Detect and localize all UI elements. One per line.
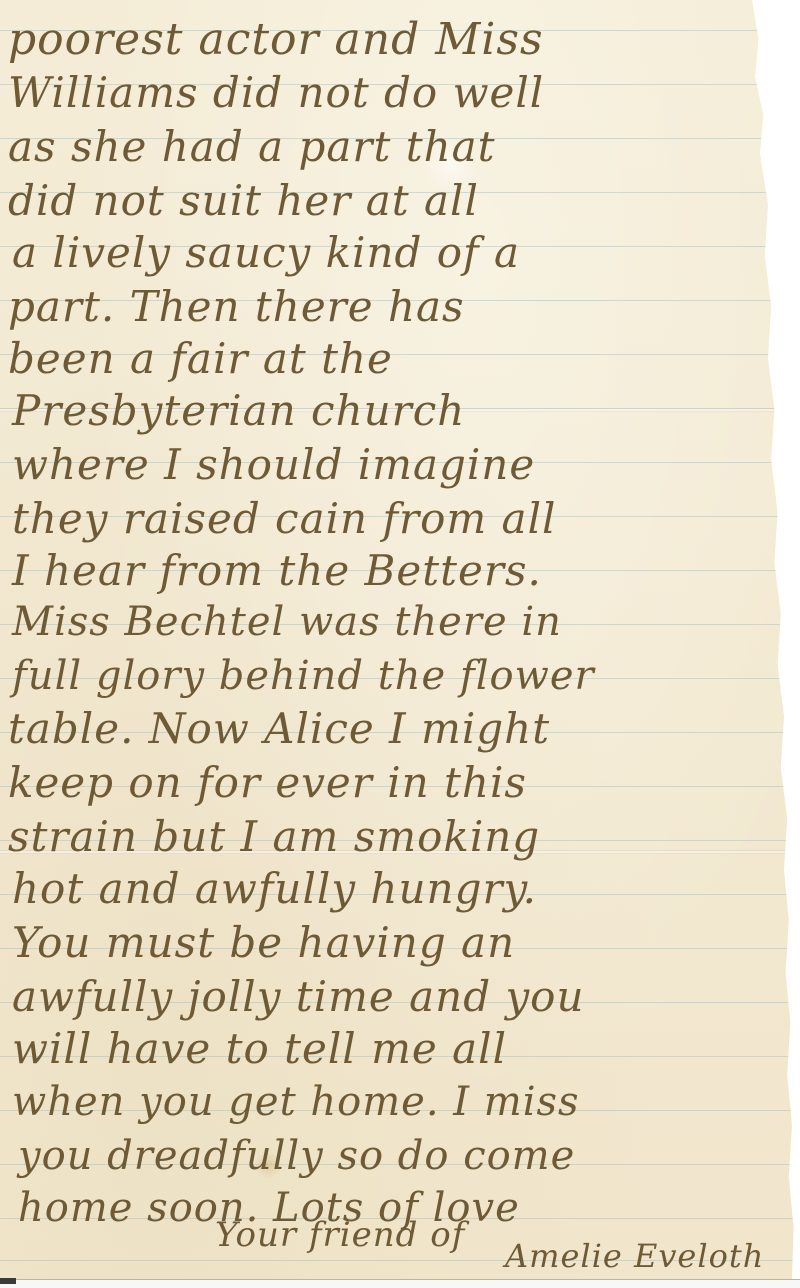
- letter-line: part. Then there has: [8, 286, 465, 328]
- letter-closing: Your friend of: [215, 1218, 465, 1252]
- letter-line: will have to tell me all: [12, 1028, 507, 1070]
- letter-line: Williams did not do well: [8, 72, 544, 114]
- letter-line: as she had a part that: [8, 126, 496, 168]
- letter-line: you dreadfully so do come: [18, 1136, 575, 1176]
- letter-line: a lively saucy kind of a: [12, 232, 520, 274]
- letter-line: poorest actor and Miss: [8, 18, 544, 62]
- letter-page: poorest actor and Miss Williams did not …: [0, 0, 800, 1279]
- letter-line: where I should imagine: [12, 444, 535, 486]
- letter-line: full glory behind the flower: [12, 656, 595, 696]
- letter-line: did not suit her at all: [8, 180, 479, 222]
- letter-line: keep on for ever in this: [8, 762, 527, 804]
- letter-line: strain but I am smoking: [8, 816, 540, 858]
- letter-signature: Amelie Eveloth: [505, 1240, 764, 1272]
- letter-line: table. Now Alice I might: [8, 708, 550, 750]
- letter-line: I hear from the Betters.: [12, 550, 542, 592]
- letter-line: they raised cain from all: [12, 498, 556, 540]
- letter-line: hot and awfully hungry.: [12, 868, 537, 910]
- letter-line: awfully jolly time and you: [12, 976, 585, 1018]
- letter-line: been a fair at the: [8, 338, 393, 380]
- scan-bottom-edge: [0, 1279, 800, 1288]
- letter-line: You must be having an: [12, 922, 515, 964]
- letter-line: Presbyterian church: [12, 390, 465, 432]
- letter-line: Miss Bechtel was there in: [12, 602, 562, 642]
- letter-line: when you get home. I miss: [12, 1082, 580, 1122]
